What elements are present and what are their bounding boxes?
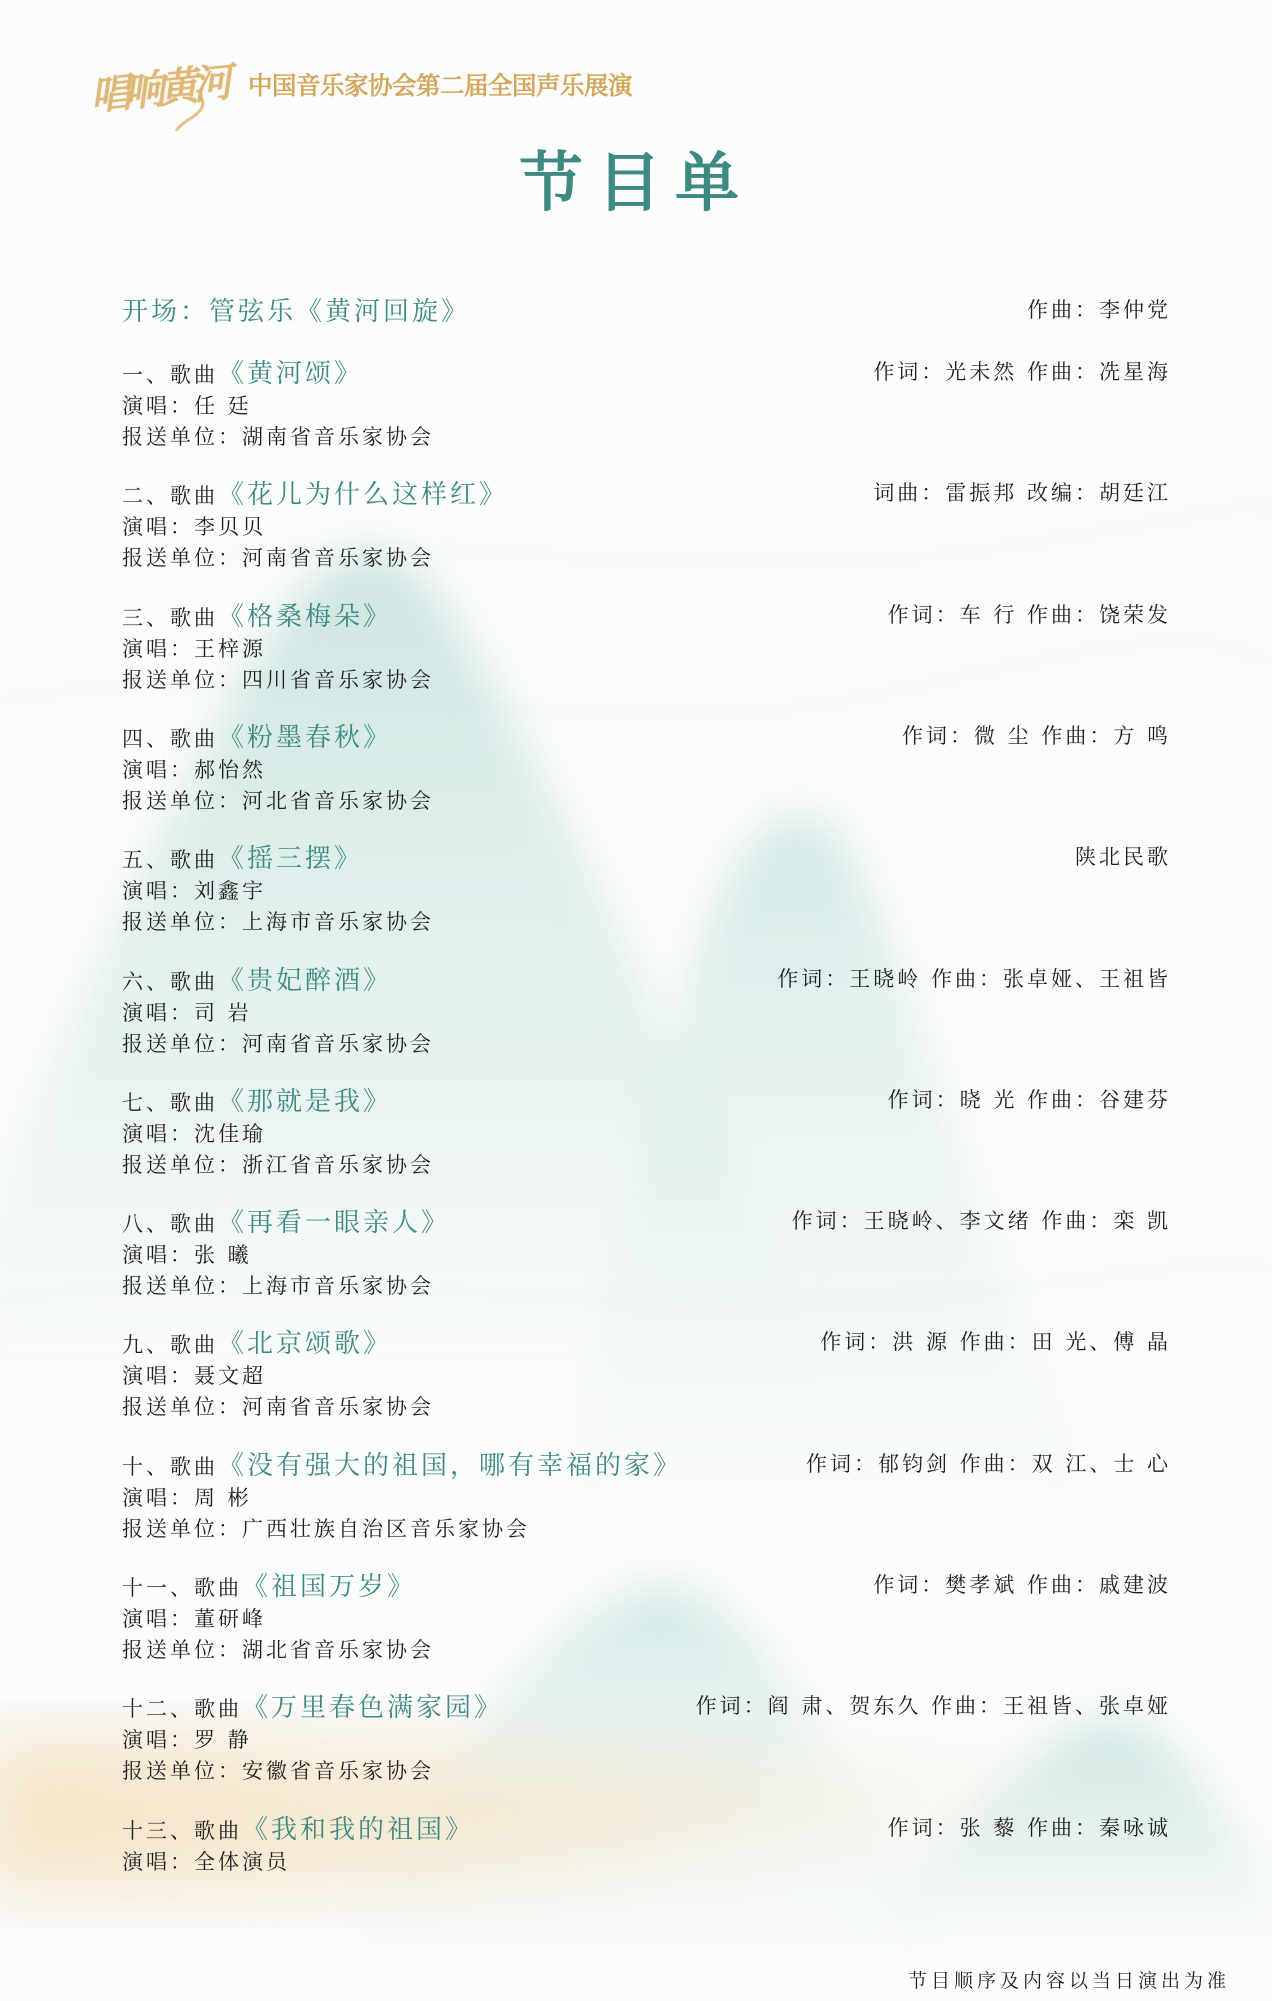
performer-line: 演唱：郝怡然 xyxy=(122,755,266,785)
performer-line: 演唱：沈佳瑜 xyxy=(122,1119,266,1149)
program-item: 一、歌曲《黄河颂》作词：光未然 作曲：冼星海 xyxy=(122,357,1168,391)
submitting-unit-line: 报送单位：河南省音乐家协会 xyxy=(122,1029,434,1059)
program-page: 唱响黄河 中国音乐家协会第二届全国声乐展演 节目单 开场：管弦乐《黄河回旋》 作… xyxy=(0,0,1272,2001)
submitting-unit-line: 报送单位：河南省音乐家协会 xyxy=(122,543,434,573)
program-item: 九、歌曲《北京颂歌》作词：洪 源 作曲：田 光、傅 晶 xyxy=(122,1327,1168,1361)
program-item: 六、歌曲《贵妃醉酒》作词：王晓岭 作曲：张卓娅、王祖皆 xyxy=(122,964,1168,998)
submitting-unit-line: 报送单位：河南省音乐家协会 xyxy=(122,1392,434,1422)
performer-line: 演唱：董研峰 xyxy=(122,1604,266,1634)
song-title: 《祖国万岁》 xyxy=(242,1572,416,1602)
performer-line: 演唱：张 曦 xyxy=(122,1240,252,1270)
brush-stroke-icon xyxy=(90,36,242,131)
song-title: 《黄河颂》 xyxy=(218,359,363,389)
program-item: 七、歌曲《那就是我》作词：晓 光 作曲：谷建芬 xyxy=(122,1085,1168,1119)
song-title: 《我和我的祖国》 xyxy=(242,1815,474,1845)
item-heading: 四、歌曲《粉墨春秋》 xyxy=(122,721,392,758)
item-number: 十二、歌曲 xyxy=(122,1697,242,1721)
submitting-unit-line: 报送单位：安徽省音乐家协会 xyxy=(122,1756,434,1786)
song-title: 《那就是我》 xyxy=(218,1087,392,1117)
calligraphy-logo: 唱响黄河 xyxy=(90,36,242,131)
item-heading: 六、歌曲《贵妃醉酒》 xyxy=(122,964,392,1001)
item-credits: 作词：阎 肃、贺东久 作曲：王祖皆、张卓娅 xyxy=(696,1689,1171,1723)
song-title: 《贵妃醉酒》 xyxy=(218,966,392,996)
item-credits: 作词：张 藜 作曲：秦咏诚 xyxy=(888,1811,1171,1845)
program-item: 十一、歌曲《祖国万岁》作词：樊孝斌 作曲：戚建波 xyxy=(122,1570,1168,1604)
performer-line: 演唱：聂文超 xyxy=(122,1361,266,1391)
performer-line: 演唱：李贝贝 xyxy=(122,512,266,542)
submitting-unit-line: 报送单位：广西壮族自治区音乐家协会 xyxy=(122,1514,530,1544)
song-title: 《粉墨春秋》 xyxy=(218,723,392,753)
item-credits: 作词：洪 源 作曲：田 光、傅 晶 xyxy=(820,1325,1171,1359)
item-credits: 作词：车 行 作曲：饶荣发 xyxy=(888,598,1171,632)
item-heading: 一、歌曲《黄河颂》 xyxy=(122,357,363,394)
program-item: 三、歌曲《格桑梅朵》作词：车 行 作曲：饶荣发 xyxy=(122,600,1168,634)
item-heading: 七、歌曲《那就是我》 xyxy=(122,1085,392,1122)
item-heading: 十、歌曲《没有强大的祖国，哪有幸福的家》 xyxy=(122,1449,682,1486)
submitting-unit-line: 报送单位：湖南省音乐家协会 xyxy=(122,422,434,452)
item-heading: 五、歌曲《摇三摆》 xyxy=(122,842,363,879)
item-number: 五、歌曲 xyxy=(122,848,218,872)
item-number: 二、歌曲 xyxy=(122,484,218,508)
program-item: 十二、歌曲《万里春色满家园》作词：阎 肃、贺东久 作曲：王祖皆、张卓娅 xyxy=(122,1691,1168,1725)
performer-line: 演唱：周 彬 xyxy=(122,1483,252,1513)
item-number: 三、歌曲 xyxy=(122,606,218,630)
item-heading: 十三、歌曲《我和我的祖国》 xyxy=(122,1813,474,1850)
submitting-unit-line: 报送单位：浙江省音乐家协会 xyxy=(122,1150,434,1180)
performer-line: 演唱：罗 静 xyxy=(122,1725,252,1755)
item-number: 一、歌曲 xyxy=(122,363,218,387)
performer-line: 演唱：任 廷 xyxy=(122,391,252,421)
item-credits: 作词：微 尘 作曲：方 鸣 xyxy=(902,719,1171,753)
program-item: 四、歌曲《粉墨春秋》作词：微 尘 作曲：方 鸣 xyxy=(122,721,1168,755)
submitting-unit-line: 报送单位：上海市音乐家协会 xyxy=(122,907,434,937)
item-number: 六、歌曲 xyxy=(122,970,218,994)
song-title: 《没有强大的祖国，哪有幸福的家》 xyxy=(218,1451,682,1481)
item-number: 十一、歌曲 xyxy=(122,1576,242,1600)
submitting-unit-line: 报送单位：湖北省音乐家协会 xyxy=(122,1635,434,1665)
item-number: 十、歌曲 xyxy=(122,1455,218,1479)
opening-label: 开场：管弦乐《黄河回旋》 xyxy=(122,295,470,329)
item-heading: 三、歌曲《格桑梅朵》 xyxy=(122,600,392,637)
page-title: 节目单 xyxy=(0,144,1272,224)
program-item: 十、歌曲《没有强大的祖国，哪有幸福的家》作词：郁钧剑 作曲：双 江、士 心 xyxy=(122,1449,1168,1483)
item-credits: 作词：樊孝斌 作曲：戚建波 xyxy=(873,1568,1171,1602)
submitting-unit-line: 报送单位：上海市音乐家协会 xyxy=(122,1271,434,1301)
program-item: 十三、歌曲《我和我的祖国》作词：张 藜 作曲：秦咏诚 xyxy=(122,1813,1168,1847)
song-title: 《格桑梅朵》 xyxy=(218,602,392,632)
item-number: 九、歌曲 xyxy=(122,1333,218,1357)
item-credits: 陕北民歌 xyxy=(1075,840,1171,874)
submitting-unit-line: 报送单位：河北省音乐家协会 xyxy=(122,786,434,816)
performer-line: 演唱：全体演员 xyxy=(122,1847,290,1877)
event-brand: 唱响黄河 中国音乐家协会第二届全国声乐展演 xyxy=(90,36,632,131)
opening-credits: 作曲：李仲党 xyxy=(1027,293,1171,327)
footer-note: 节目顺序及内容以当日演出为准 xyxy=(908,1966,1230,1993)
performer-line: 演唱：王梓源 xyxy=(122,634,266,664)
item-number: 四、歌曲 xyxy=(122,727,218,751)
song-title: 《北京颂歌》 xyxy=(218,1329,392,1359)
performer-line: 演唱：司 岩 xyxy=(122,998,252,1028)
item-credits: 词曲：雷振邦 改编：胡廷江 xyxy=(873,476,1171,510)
item-heading: 十二、歌曲《万里春色满家园》 xyxy=(122,1691,503,1728)
item-heading: 十一、歌曲《祖国万岁》 xyxy=(122,1570,416,1607)
item-heading: 八、歌曲《再看一眼亲人》 xyxy=(122,1206,450,1243)
item-number: 七、歌曲 xyxy=(122,1091,218,1115)
item-credits: 作词：光未然 作曲：冼星海 xyxy=(873,355,1171,389)
submitting-unit-line: 报送单位：四川省音乐家协会 xyxy=(122,665,434,695)
program-item: 二、歌曲《花儿为什么这样红》词曲：雷振邦 改编：胡廷江 xyxy=(122,478,1168,512)
performer-line: 演唱：刘鑫宇 xyxy=(122,876,266,906)
item-number: 十三、歌曲 xyxy=(122,1819,242,1843)
item-credits: 作词：王晓岭 作曲：张卓娅、王祖皆 xyxy=(777,962,1171,996)
song-title: 《再看一眼亲人》 xyxy=(218,1208,450,1238)
item-heading: 二、歌曲《花儿为什么这样红》 xyxy=(122,478,508,515)
item-credits: 作词：晓 光 作曲：谷建芬 xyxy=(888,1083,1171,1117)
item-credits: 作词：王晓岭、李文绪 作曲：栾 凯 xyxy=(792,1204,1171,1238)
song-title: 《摇三摆》 xyxy=(218,844,363,874)
item-heading: 九、歌曲《北京颂歌》 xyxy=(122,1327,392,1364)
item-number: 八、歌曲 xyxy=(122,1212,218,1236)
opening-row: 开场：管弦乐《黄河回旋》 作曲：李仲党 xyxy=(122,295,1168,329)
item-credits: 作词：郁钧剑 作曲：双 江、士 心 xyxy=(806,1447,1171,1481)
song-title: 《花儿为什么这样红》 xyxy=(218,480,508,510)
program-item: 五、歌曲《摇三摆》陕北民歌 xyxy=(122,842,1168,876)
event-subtitle: 中国音乐家协会第二届全国声乐展演 xyxy=(248,67,632,102)
song-title: 《万里春色满家园》 xyxy=(242,1693,503,1723)
program-item: 八、歌曲《再看一眼亲人》作词：王晓岭、李文绪 作曲：栾 凯 xyxy=(122,1206,1168,1240)
